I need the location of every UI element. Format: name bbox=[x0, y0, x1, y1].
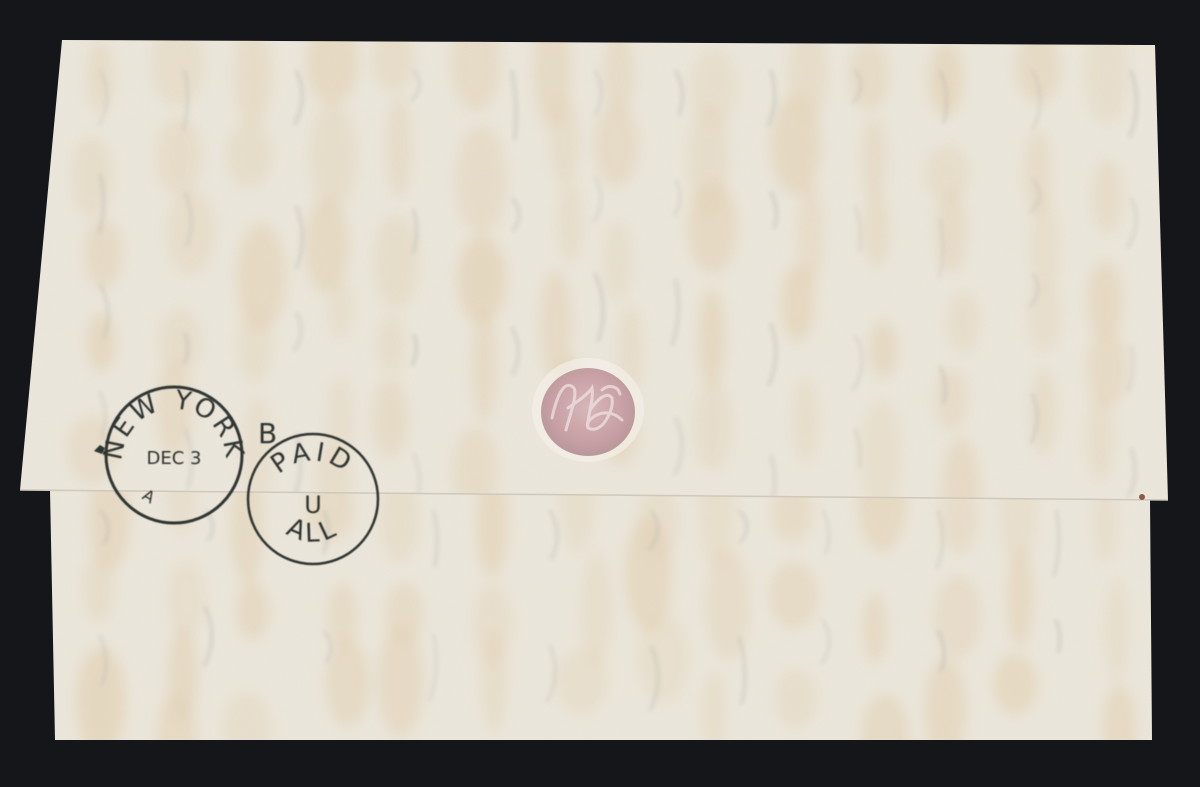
postmark-center: U bbox=[304, 491, 322, 519]
stain-spot bbox=[1139, 494, 1145, 500]
letter-b-mark: B bbox=[258, 417, 277, 450]
postmark-date: DEC 3 bbox=[147, 448, 202, 469]
letter-bottom-panel bbox=[50, 449, 1152, 783]
letter-photo: NEW YORK DEC 3 A B PAID ALL U bbox=[0, 0, 1200, 787]
wax-seal bbox=[532, 358, 644, 462]
